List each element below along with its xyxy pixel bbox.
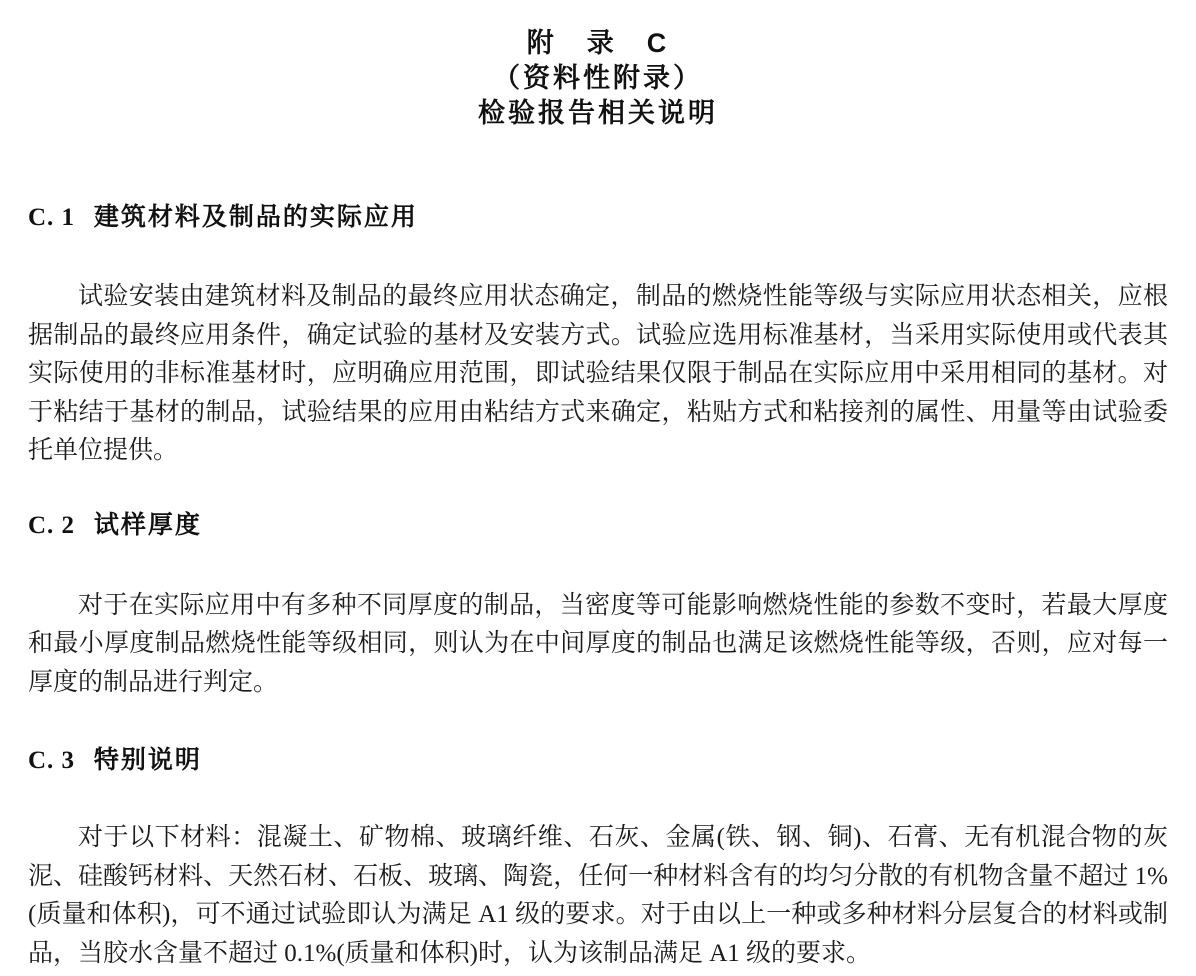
- section-c1: C. 1建筑材料及制品的实际应用 试验安装由建筑材料及制品的最终应用状态确定，制…: [0, 199, 1196, 471]
- section-c3-heading: C. 3特别说明: [28, 742, 1168, 779]
- section-c2-number: C. 2: [28, 512, 75, 539]
- section-c1-number: C. 1: [28, 204, 75, 231]
- section-c3-number: C. 3: [28, 747, 75, 774]
- appendix-name: 检验报告相关说明: [0, 96, 1196, 131]
- section-c1-heading: C. 1建筑材料及制品的实际应用: [28, 199, 1168, 236]
- appendix-type-label: （资料性附录）: [0, 61, 1196, 96]
- section-c2: C. 2试样厚度 对于在实际应用中有多种不同厚度的制品，当密度等可能影响燃烧性能…: [0, 507, 1196, 703]
- document-page: 附 录 C （资料性附录） 检验报告相关说明 C. 1建筑材料及制品的实际应用 …: [0, 0, 1196, 976]
- appendix-title-block: 附 录 C （资料性附录） 检验报告相关说明: [0, 0, 1196, 131]
- section-c3-paragraph: 对于以下材料：混凝土、矿物棉、玻璃纤维、石灰、金属(铁、钢、铜)、石膏、无有机混…: [28, 819, 1168, 973]
- appendix-label: 附 录 C: [0, 26, 1196, 61]
- section-c3-title: 特别说明: [94, 746, 202, 774]
- section-c2-title: 试样厚度: [94, 511, 202, 539]
- section-c2-paragraph: 对于在实际应用中有多种不同厚度的制品，当密度等可能影响燃烧性能的参数不变时，若最…: [28, 587, 1168, 703]
- section-c3: C. 3特别说明 对于以下材料：混凝土、矿物棉、玻璃纤维、石灰、金属(铁、钢、铜…: [0, 742, 1196, 973]
- section-c1-paragraph: 试验安装由建筑材料及制品的最终应用状态确定，制品的燃烧性能等级与实际应用状态相关…: [28, 278, 1168, 471]
- section-c1-title: 建筑材料及制品的实际应用: [94, 203, 418, 231]
- section-c2-heading: C. 2试样厚度: [28, 507, 1168, 544]
